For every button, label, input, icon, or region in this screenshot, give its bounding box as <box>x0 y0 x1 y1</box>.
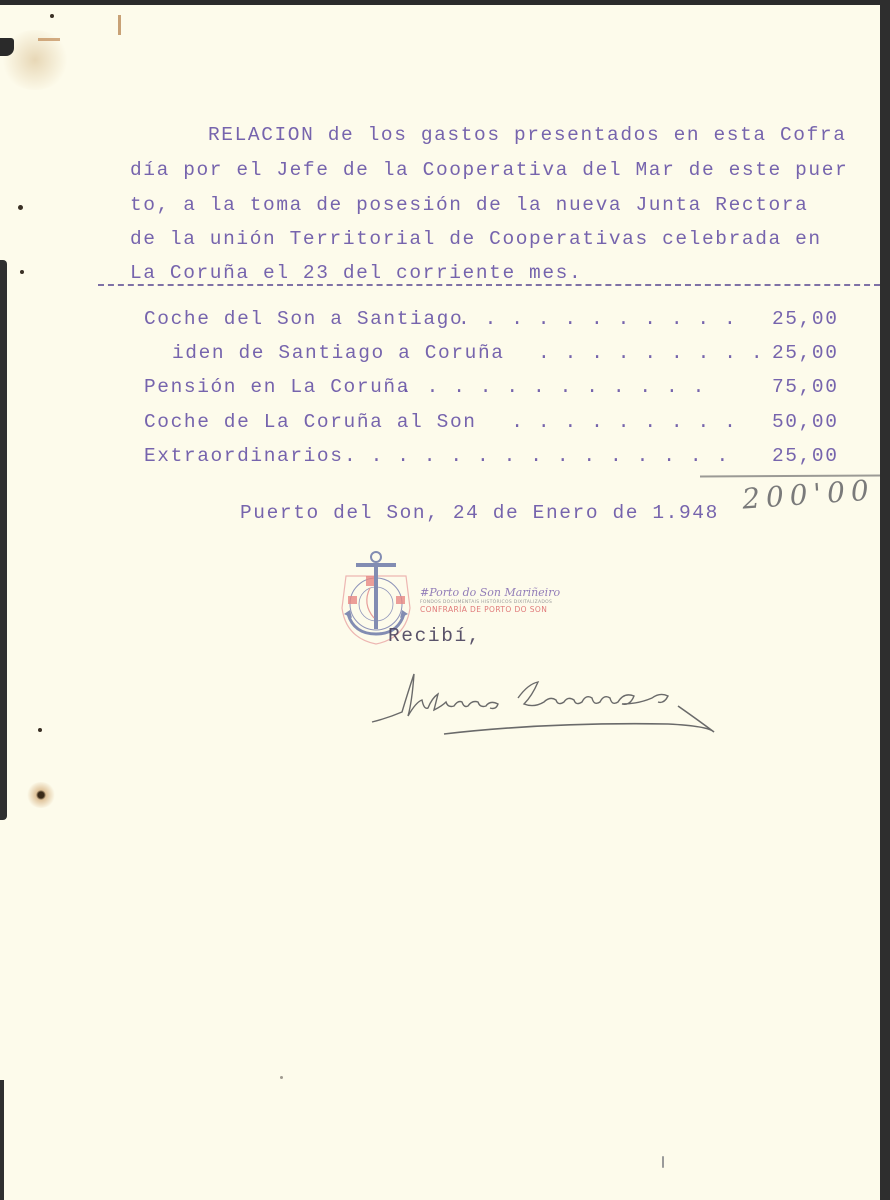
paper-mark <box>662 1156 664 1168</box>
paragraph-line-1: RELACION de los gastos presentados en es… <box>208 124 847 146</box>
paper-spot <box>38 728 42 732</box>
paragraph-line-2: día por el Jefe de la Cooperativa del Ma… <box>130 159 848 181</box>
watermark-organization: CONFRARÍA DE PORTO DO SON <box>420 605 560 614</box>
watermark-brand: #Porto do Son Mariñeiro <box>420 586 560 599</box>
paper-spot <box>20 270 24 274</box>
scan-border-left <box>0 260 7 820</box>
paragraph-line-5: La Coruña el 23 del corriente mes. <box>130 262 582 284</box>
rust-mark <box>118 15 121 35</box>
dot-leader: . . . . . . . . . . . . . . . <box>344 445 730 467</box>
scan-border-right <box>880 0 890 1200</box>
dot-leader: . . . . . . . . . <box>498 411 737 433</box>
expense-label: Coche del Son a Santiago <box>144 308 463 330</box>
watermark: #Porto do Son Mariñeiro FONDOS DOCUMENTA… <box>420 586 560 614</box>
expense-amount: 25,00 <box>772 308 839 330</box>
paper-spot <box>18 205 23 210</box>
paper-spot <box>280 1076 283 1079</box>
burn-spot <box>26 782 56 808</box>
paragraph-line-4: de la unión Territorial de Cooperativas … <box>130 228 822 250</box>
expense-amount: 75,00 <box>772 376 839 398</box>
dot-leader: . . . . . . . . . . . <box>458 308 737 330</box>
expense-label: Pensión en La Coruña <box>144 376 410 398</box>
torn-corner <box>0 38 14 56</box>
place-date: Puerto del Son, 24 de Enero de 1.948 <box>240 502 719 524</box>
expense-amount: 50,00 <box>772 411 839 433</box>
scan-border-top <box>0 0 890 5</box>
dot-leader: . . . . . . . . . . . . <box>400 376 706 398</box>
signature <box>368 662 728 742</box>
expense-label: Coche de La Coruña al Son <box>144 411 477 433</box>
expense-label: iden de Santiago a Coruña <box>172 342 505 364</box>
rust-mark <box>38 38 60 41</box>
received-label: Recibí, <box>388 625 481 647</box>
dot-leader: . . . . . . . . . <box>538 342 764 364</box>
scan-border-left-bottom <box>0 1080 4 1200</box>
expense-amount: 25,00 <box>772 342 839 364</box>
expense-amount: 25,00 <box>772 445 839 467</box>
paragraph-line-3: to, a la toma de posesión de la nueva Ju… <box>130 194 808 216</box>
handwritten-total: 200'00 <box>741 473 876 515</box>
separator-rule <box>98 284 880 286</box>
paper-spot <box>50 14 54 18</box>
expense-label: Extraordinarios <box>144 445 344 467</box>
